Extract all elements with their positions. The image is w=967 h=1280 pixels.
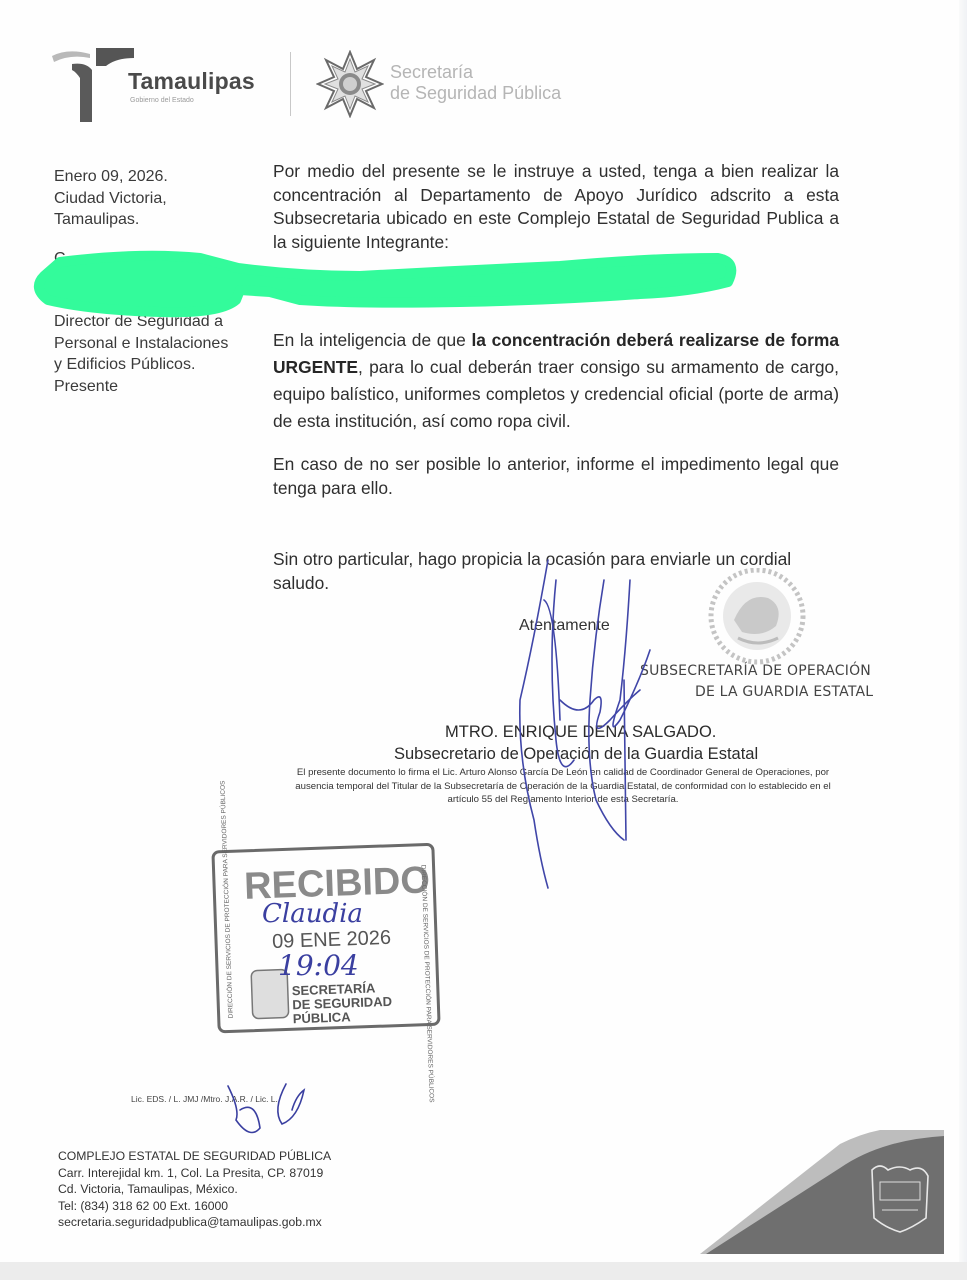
city-line: Ciudad Victoria, (54, 188, 168, 210)
footer-city: Cd. Victoria, Tamaulipas, México. (58, 1181, 331, 1198)
agency-name-line1: Secretaría (390, 62, 473, 83)
footer-address-block: COMPLEJO ESTATAL DE SEGURIDAD PÚBLICA Ca… (58, 1148, 331, 1231)
recipient-name-initial: C (54, 250, 66, 268)
mexico-coat-of-arms-seal-icon (698, 568, 816, 668)
tamaulipas-logo-icon (50, 44, 136, 124)
recipient-title-line1: Director de Seguridad a (54, 311, 254, 333)
recipient-title-line2: Personal e Instalaciones (54, 333, 254, 355)
date-line: Enero 09, 2026. (54, 166, 168, 188)
brand-name: Tamaulipas (128, 68, 255, 95)
police-star-badge-icon (316, 50, 384, 118)
signer-name: MTRO. ENRIQUE DENA SALGADO. (445, 723, 716, 742)
recipient-title-line3: y Edificios Públicos. (54, 354, 254, 376)
reference-initials: Lic. EDS. / L. JMJ /Mtro. J.A.R. / Lic. … (131, 1094, 278, 1104)
bottom-background-strip (0, 1262, 967, 1280)
paragraph-instruction: Por medio del presente se le instruye a … (273, 160, 839, 254)
paragraph-urgency: En la inteligencia de que la concentraci… (273, 327, 839, 435)
footer-phone: Tel: (834) 318 62 00 Ext. 16000 (58, 1198, 331, 1215)
agency-name-line2: de Seguridad Pública (390, 83, 561, 104)
recipient-presente: Presente (54, 376, 254, 398)
recipient-block: Director de Seguridad a Personal e Insta… (54, 311, 254, 397)
footer-email[interactable]: secretaria.seguridadpublica@tamaulipas.g… (58, 1214, 331, 1231)
signer-delegation-note: El presente documento lo firma el Lic. A… (288, 766, 838, 807)
footer-street: Carr. Interejidal km. 1, Col. La Presita… (58, 1165, 331, 1182)
signer-title: Subsecretario de Operación de la Guardia… (394, 745, 758, 764)
page-edge (959, 0, 967, 1262)
date-place-block: Enero 09, 2026. Ciudad Victoria, Tamauli… (54, 166, 168, 231)
paragraph-impediment: En caso de no ser posible lo anterior, i… (273, 453, 839, 500)
closing-atentamente: Atentamente (519, 617, 610, 635)
urgency-rest: , para lo cual deberán traer consigo su … (273, 357, 839, 431)
urgency-lead: En la inteligencia de que (273, 330, 471, 350)
brand-subtitle: Gobierno del Estado (130, 97, 194, 104)
seal-text-line1: SUBSECRETARÍA DE OPERACIÓN (640, 663, 871, 679)
footer-complex-name: COMPLEJO ESTATAL DE SEGURIDAD PÚBLICA (58, 1148, 331, 1165)
state-line: Tamaulipas. (54, 209, 168, 231)
seal-text-line2: DE LA GUARDIA ESTATAL (695, 684, 873, 700)
header-divider (290, 52, 291, 116)
